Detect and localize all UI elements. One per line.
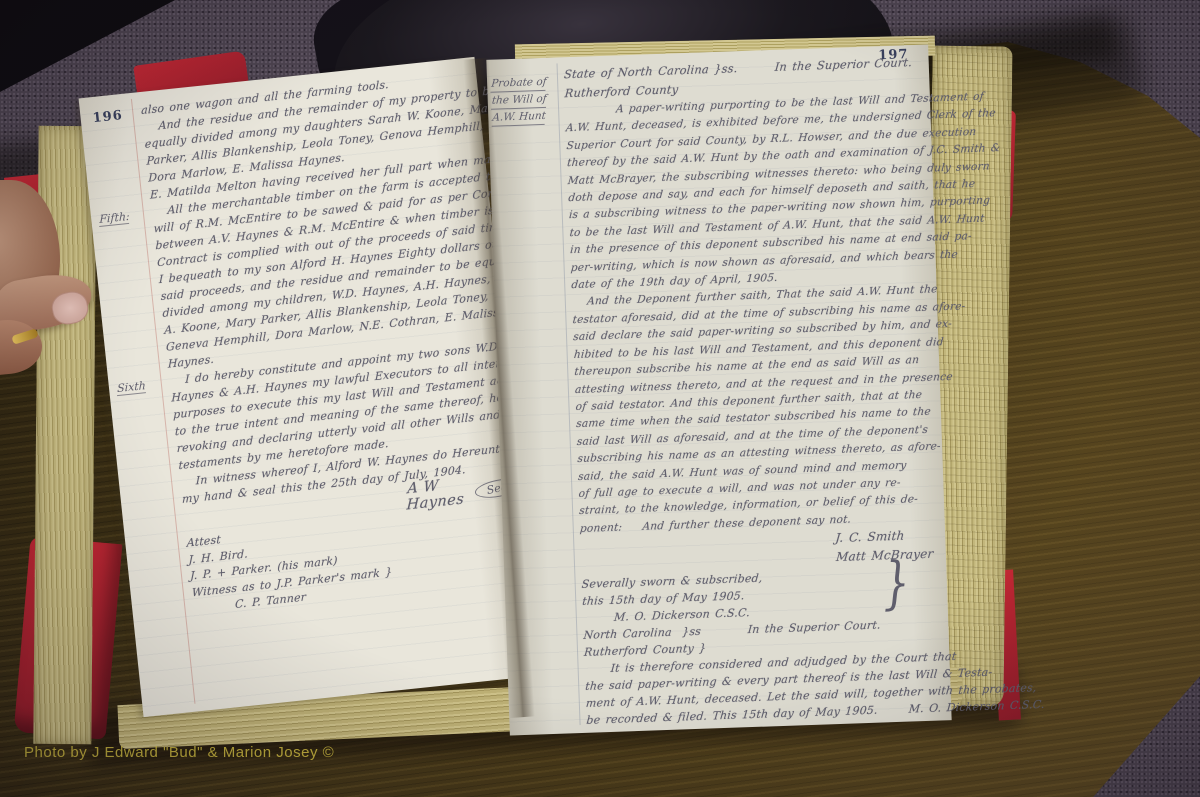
hand [0, 180, 108, 398]
photographer-watermark: Photo by J Edward "Bud" & Marion Josey © [24, 744, 334, 761]
right-page: 197 Probate ofthe Will ofA.W. Hunt State… [486, 44, 951, 735]
ledger-photo: 196 Fifth: Sixth also one wagon and all … [0, 0, 1200, 797]
brace-mark: } [882, 549, 911, 616]
probate-body: A paper-writing purporting to be the las… [564, 91, 935, 538]
court-order-block: It is therefore considered and adjudged … [583, 649, 941, 729]
right-page-text: State of North Carolina }ss. In the Supe… [486, 44, 951, 735]
will-body: also one wagon and all the farming tools… [139, 67, 512, 507]
